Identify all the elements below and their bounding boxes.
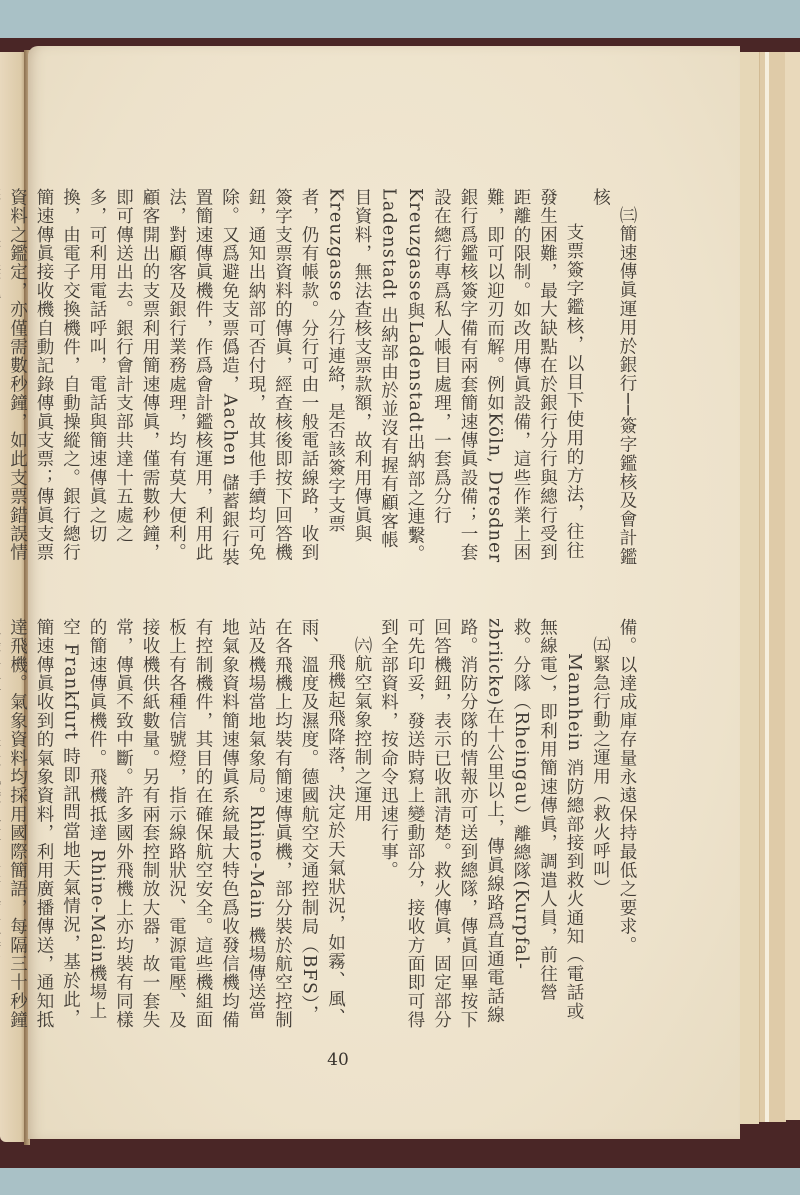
page-stack-edge xyxy=(737,52,759,1124)
section-6-heading: ㈥航空氣象控制之運用 xyxy=(349,618,376,1038)
page-number: 40 xyxy=(318,1050,358,1070)
section-3-heading: ㈢簡速傳眞運用於銀行──簽字鑑核及會計鑑核 xyxy=(587,188,640,568)
lower-text-block: 備。以達成庫存量永遠保持最低之要求。 ㈤緊急行動之運用（救火呼叫） Mannhe… xyxy=(50,618,640,1038)
section-4-body-continued: 備。以達成庫存量永遠保持最低之要求。 xyxy=(614,618,641,1038)
upper-text-block: ㈢簡速傳眞運用於銀行──簽字鑑核及會計鑑核 支票簽字鑑核，以目下使用的方法，往往… xyxy=(50,188,640,568)
section-6-body: 飛機起飛降落，決定於天氣狀況，如霧、風、雨、溫度及濕度。德國航空交通控制局（BF… xyxy=(0,618,349,1038)
section-5-body: Mannhein 消防總部接到救火通知（電話或無線電），即利用簡速傳眞，調遣人員… xyxy=(375,618,587,1038)
section-5-heading: ㈤緊急行動之運用（救火呼叫） xyxy=(587,618,614,1038)
page-stack-edge xyxy=(765,52,769,1122)
section-3-body: 支票簽字鑑核，以目下使用的方法，往往發生困難，最大缺點在於銀行分行與總行受到距離… xyxy=(0,188,587,568)
page-stack-edge xyxy=(785,52,800,1120)
page-stack-edge xyxy=(759,52,786,1122)
